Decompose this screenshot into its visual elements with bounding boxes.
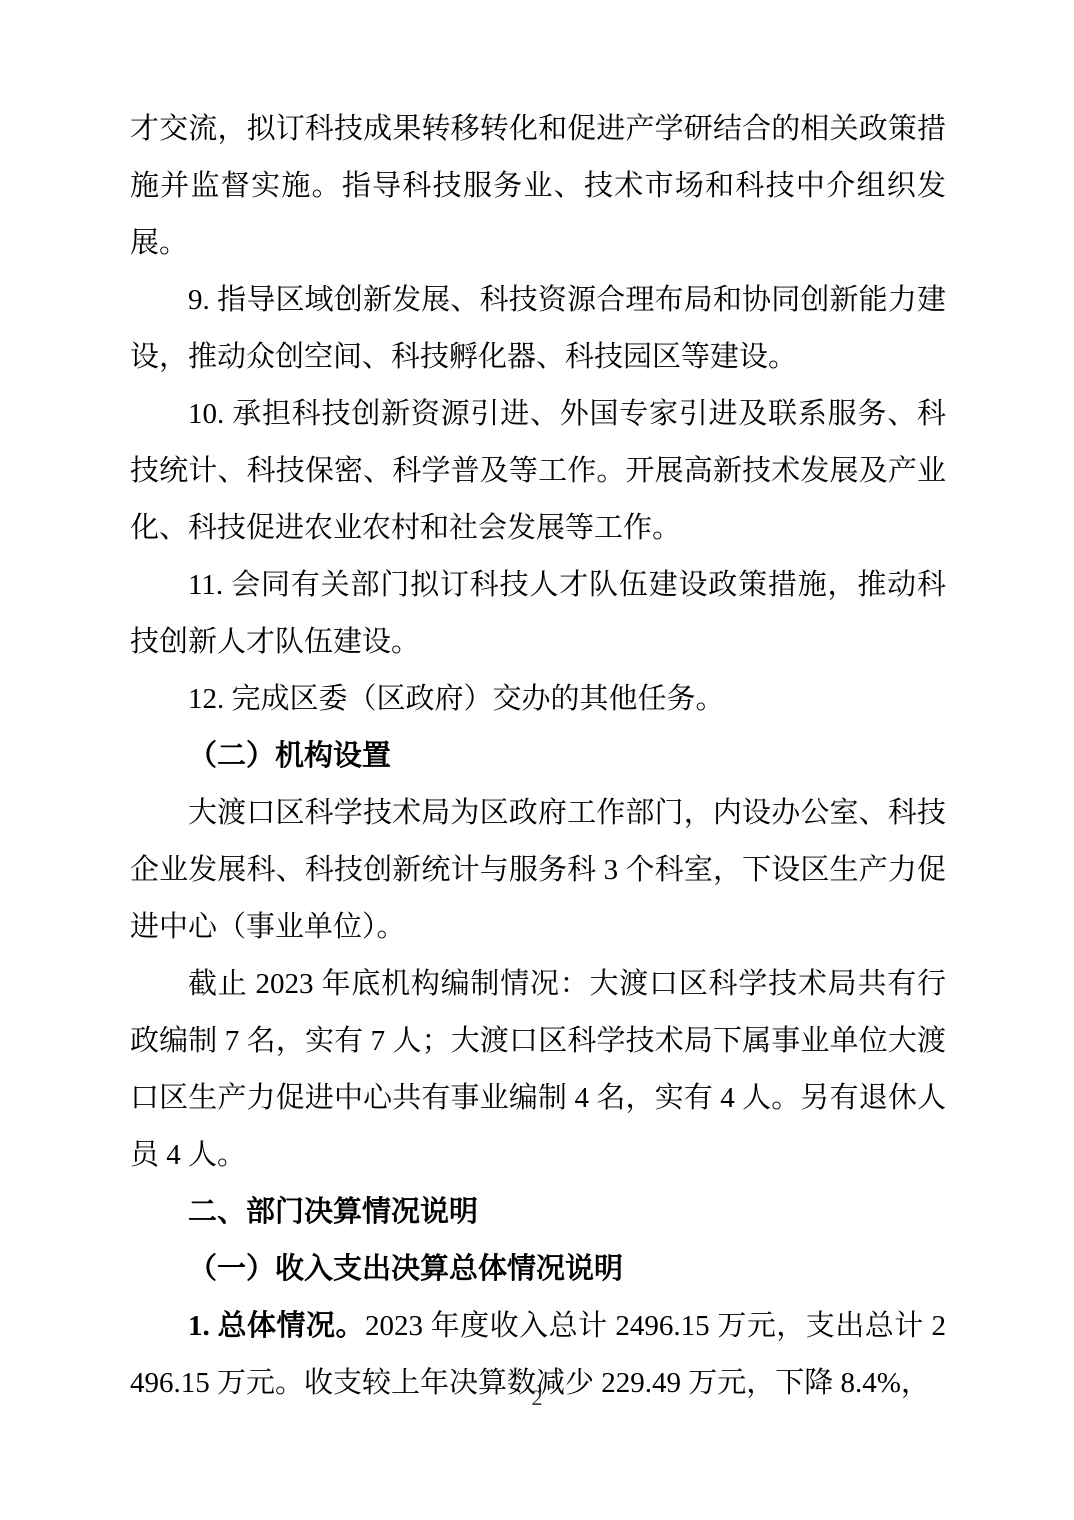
page-number: 2 [0, 1384, 1074, 1412]
document-page: 才交流，拟订科技成果转移转化和促进产学研结合的相关政策措施并监督实施。指导科技服… [0, 0, 1074, 1520]
paragraph-item-12: 12. 完成区委（区政府）交办的其他任务。 [130, 671, 946, 728]
paragraph-item-11: 11. 会同有关部门拟订科技人才队伍建设政策措施，推动科技创新人才队伍建设。 [130, 557, 946, 671]
paragraph-item-9: 9. 指导区域创新发展、科技资源合理布局和协同创新能力建设，推动众创空间、科技孵… [130, 272, 946, 386]
paragraph-item-10: 10. 承担科技创新资源引进、外国专家引进及联系服务、科技统计、科技保密、科学普… [130, 386, 946, 557]
heading-section-two: 二、部门决算情况说明 [130, 1184, 946, 1241]
overall-situation-lead: 1. 总体情况。 [188, 1310, 365, 1342]
paragraph-staffing: 截止 2023 年底机构编制情况：大渡口区科学技术局共有行政编制 7 名，实有 … [130, 956, 946, 1184]
document-body: 才交流，拟订科技成果转移转化和促进产学研结合的相关政策措施并监督实施。指导科技服… [130, 101, 946, 1412]
paragraph-org-structure: 大渡口区科学技术局为区政府工作部门，内设办公室、科技企业发展科、科技创新统计与服… [130, 785, 946, 956]
heading-org-setup: （二）机构设置 [130, 728, 946, 785]
paragraph-continuation: 才交流，拟订科技成果转移转化和促进产学研结合的相关政策措施并监督实施。指导科技服… [130, 101, 946, 272]
heading-subsection-one: （一）收入支出决算总体情况说明 [130, 1241, 946, 1298]
